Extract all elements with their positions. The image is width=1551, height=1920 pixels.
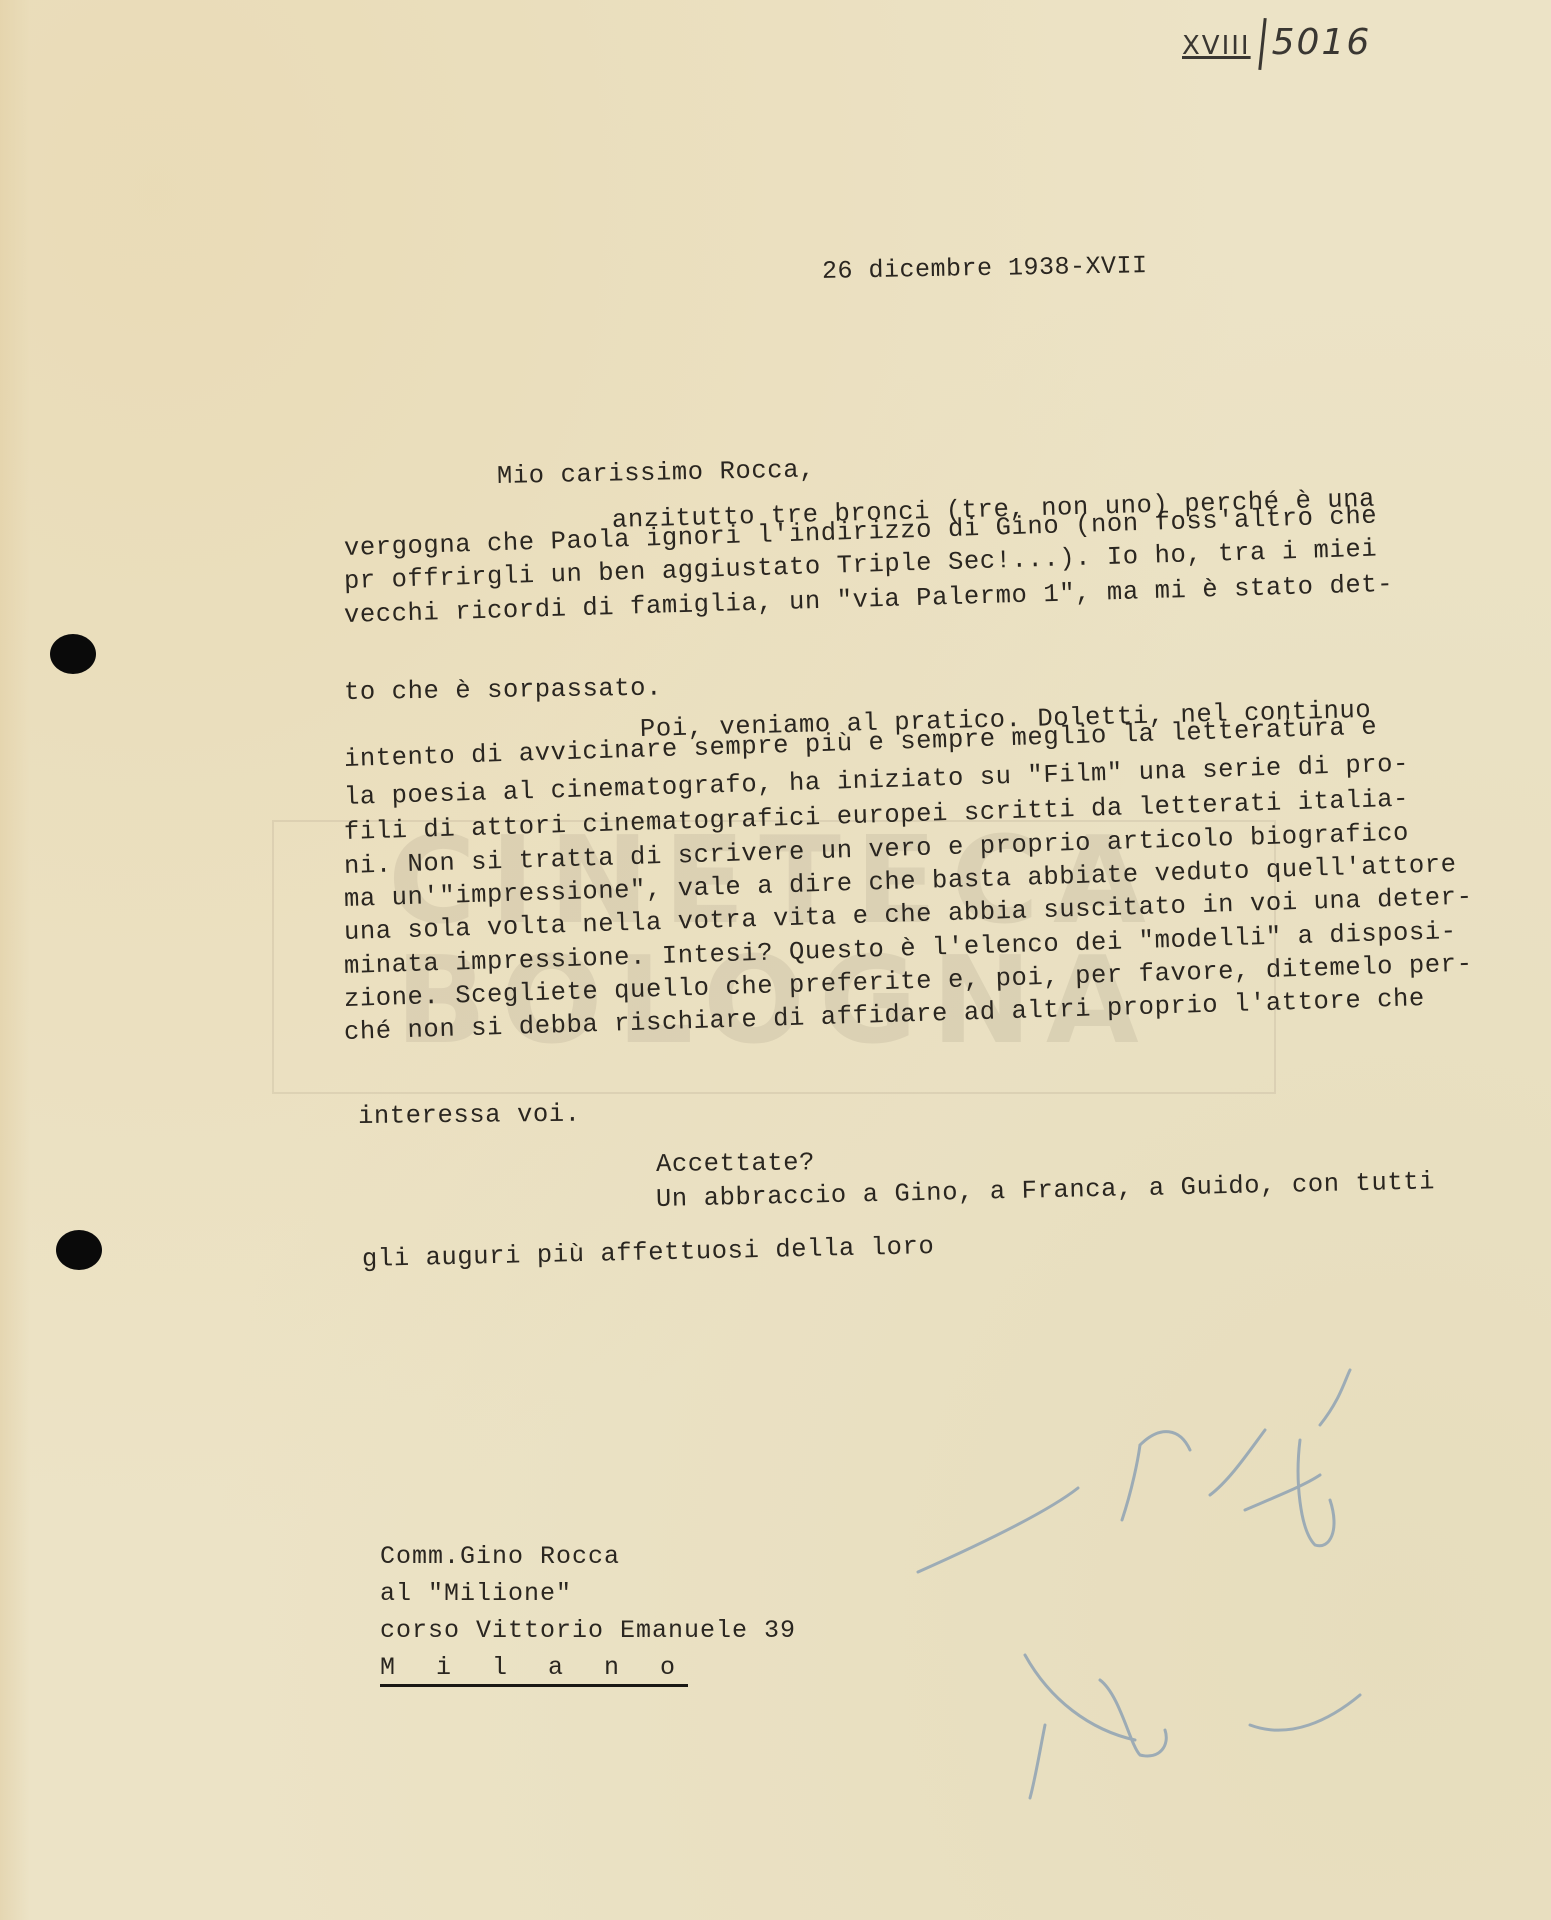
punch-hole-top — [50, 634, 96, 674]
body-line: gli auguri più affettuosi della loro — [362, 1232, 935, 1274]
body-line: interessa voi. — [358, 1100, 581, 1131]
recipient-name: Comm.Gino Rocca — [380, 1538, 796, 1575]
recipient-venue: al "Milione" — [380, 1575, 796, 1612]
letter-date: 26 dicembre 1938-XVII — [822, 251, 1148, 286]
body-line: Accettate? — [656, 1148, 815, 1179]
pencil-signature-icon — [900, 1350, 1550, 1800]
body-line: to che è sorpassato. — [344, 674, 662, 707]
slash-mark — [1258, 18, 1266, 70]
recipient-city: M i l a n o — [380, 1653, 688, 1687]
archive-reference: XVIII5016 — [1182, 18, 1371, 70]
archive-number: 5016 — [1272, 22, 1372, 63]
recipient-address: Comm.Gino Rocca al "Milione" corso Vitto… — [380, 1538, 796, 1686]
recipient-street: corso Vittorio Emanuele 39 — [380, 1612, 796, 1649]
archive-series: XVIII — [1182, 31, 1251, 61]
salutation: Mio carissimo Rocca, — [497, 455, 816, 491]
punch-hole-bottom — [56, 1230, 102, 1270]
